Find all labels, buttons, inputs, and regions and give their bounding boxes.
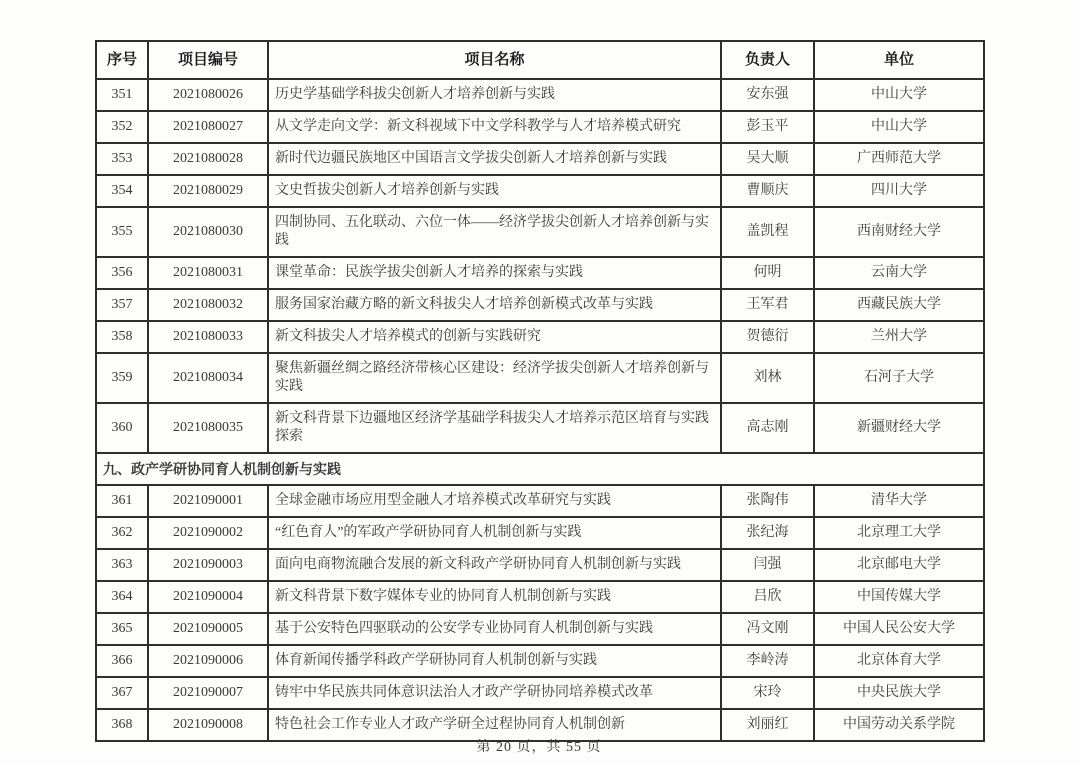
cell-project-title: 四制协同、五化联动、六位一体——经济学拔尖创新人才培养创新与实践 xyxy=(268,207,721,257)
cell-serial-number: 352 xyxy=(96,111,148,143)
cell-project-code: 2021090007 xyxy=(148,677,268,709)
cell-serial-number: 356 xyxy=(96,257,148,289)
cell-serial-number: 357 xyxy=(96,289,148,321)
page-number-footer: 第 20 页，共 55 页 xyxy=(95,736,983,756)
cell-leader: 盖凯程 xyxy=(721,207,814,257)
table-row: 355 2021080030 四制协同、五化联动、六位一体——经济学拔尖创新人才… xyxy=(96,207,984,257)
table-row: 361 2021090001 全球金融市场应用型金融人才培养模式改革研究与实践 … xyxy=(96,485,984,517)
cell-serial-number: 359 xyxy=(96,353,148,403)
cell-project-title: 面向电商物流融合发展的新文科政产学研协同育人机制创新与实践 xyxy=(268,549,721,581)
cell-project-code: 2021080035 xyxy=(148,403,268,453)
cell-leader: 曹顺庆 xyxy=(721,175,814,207)
cell-project-code: 2021080033 xyxy=(148,321,268,353)
cell-organization: 中山大学 xyxy=(814,111,984,143)
document-page: 序号 项目编号 项目名称 负责人 单位 351 2021080026 历史学基础… xyxy=(0,0,1080,764)
cell-leader: 冯文刚 xyxy=(721,613,814,645)
table-row: 356 2021080031 课堂革命：民族学拔尖创新人才培养的探索与实践 何明… xyxy=(96,257,984,289)
cell-leader: 闫强 xyxy=(721,549,814,581)
cell-organization: 云南大学 xyxy=(814,257,984,289)
cell-serial-number: 354 xyxy=(96,175,148,207)
col-header-serial-number: 序号 xyxy=(96,41,148,79)
cell-serial-number: 360 xyxy=(96,403,148,453)
cell-organization: 中央民族大学 xyxy=(814,677,984,709)
cell-leader: 吕欣 xyxy=(721,581,814,613)
cell-leader: 何明 xyxy=(721,257,814,289)
cell-leader: 彭玉平 xyxy=(721,111,814,143)
cell-organization: 北京邮电大学 xyxy=(814,549,984,581)
cell-organization: 西藏民族大学 xyxy=(814,289,984,321)
table-row: 351 2021080026 历史学基础学科拔尖创新人才培养创新与实践 安东强 … xyxy=(96,79,984,111)
cell-leader: 王军君 xyxy=(721,289,814,321)
table-row: 363 2021090003 面向电商物流融合发展的新文科政产学研协同育人机制创… xyxy=(96,549,984,581)
cell-leader: 安东强 xyxy=(721,79,814,111)
col-header-project-code: 项目编号 xyxy=(148,41,268,79)
cell-project-title: 从文学走向文学：新文科视域下中文学科教学与人才培养模式研究 xyxy=(268,111,721,143)
cell-project-title: 服务国家治藏方略的新文科拔尖人才培养创新模式改革与实践 xyxy=(268,289,721,321)
cell-project-title: 全球金融市场应用型金融人才培养模式改革研究与实践 xyxy=(268,485,721,517)
cell-project-title: 基于公安特色四驱联动的公安学专业协同育人机制创新与实践 xyxy=(268,613,721,645)
cell-project-title: 历史学基础学科拔尖创新人才培养创新与实践 xyxy=(268,79,721,111)
cell-project-code: 2021080031 xyxy=(148,257,268,289)
cell-leader: 张陶伟 xyxy=(721,485,814,517)
col-header-project-title: 项目名称 xyxy=(268,41,721,79)
cell-project-code: 2021080027 xyxy=(148,111,268,143)
cell-organization: 石河子大学 xyxy=(814,353,984,403)
cell-project-code: 2021090006 xyxy=(148,645,268,677)
cell-serial-number: 364 xyxy=(96,581,148,613)
section-header-label: 九、政产学研协同育人机制创新与实践 xyxy=(96,453,984,485)
section-header-row: 九、政产学研协同育人机制创新与实践 xyxy=(96,453,984,485)
cell-project-title: 课堂革命：民族学拔尖创新人才培养的探索与实践 xyxy=(268,257,721,289)
cell-organization: 中国人民公安大学 xyxy=(814,613,984,645)
table-row: 362 2021090002 “红色育人”的军政产学研协同育人机制创新与实践 张… xyxy=(96,517,984,549)
table-row: 359 2021080034 聚焦新疆丝绸之路经济带核心区建设：经济学拔尖创新人… xyxy=(96,353,984,403)
cell-serial-number: 363 xyxy=(96,549,148,581)
cell-project-title: 新文科拔尖人才培养模式的创新与实践研究 xyxy=(268,321,721,353)
table-row: 364 2021090004 新文科背景下数字媒体专业的协同育人机制创新与实践 … xyxy=(96,581,984,613)
cell-project-code: 2021090003 xyxy=(148,549,268,581)
cell-project-title: 铸牢中华民族共同体意识法治人才政产学研协同培养模式改革 xyxy=(268,677,721,709)
cell-organization: 清华大学 xyxy=(814,485,984,517)
col-header-organization: 单位 xyxy=(814,41,984,79)
cell-leader: 张纪海 xyxy=(721,517,814,549)
cell-project-title: 聚焦新疆丝绸之路经济带核心区建设：经济学拔尖创新人才培养创新与实践 xyxy=(268,353,721,403)
cell-project-code: 2021080032 xyxy=(148,289,268,321)
table-row: 354 2021080029 文史哲拔尖创新人才培养创新与实践 曹顺庆 四川大学 xyxy=(96,175,984,207)
cell-serial-number: 351 xyxy=(96,79,148,111)
table-row: 353 2021080028 新时代边疆民族地区中国语言文学拔尖创新人才培养创新… xyxy=(96,143,984,175)
cell-leader: 贺德衍 xyxy=(721,321,814,353)
cell-serial-number: 367 xyxy=(96,677,148,709)
table-header-row: 序号 项目编号 项目名称 负责人 单位 xyxy=(96,41,984,79)
cell-leader: 吴大顺 xyxy=(721,143,814,175)
table-row: 357 2021080032 服务国家治藏方略的新文科拔尖人才培养创新模式改革与… xyxy=(96,289,984,321)
cell-project-code: 2021090002 xyxy=(148,517,268,549)
cell-project-title: 文史哲拔尖创新人才培养创新与实践 xyxy=(268,175,721,207)
cell-project-code: 2021080030 xyxy=(148,207,268,257)
project-list-table: 序号 项目编号 项目名称 负责人 单位 351 2021080026 历史学基础… xyxy=(95,40,985,742)
cell-project-code: 2021090001 xyxy=(148,485,268,517)
table-row: 360 2021080035 新文科背景下边疆地区经济学基础学科拔尖人才培养示范… xyxy=(96,403,984,453)
cell-leader: 李岭涛 xyxy=(721,645,814,677)
cell-project-code: 2021080026 xyxy=(148,79,268,111)
cell-organization: 北京体育大学 xyxy=(814,645,984,677)
cell-serial-number: 353 xyxy=(96,143,148,175)
cell-project-title: 新时代边疆民族地区中国语言文学拔尖创新人才培养创新与实践 xyxy=(268,143,721,175)
cell-serial-number: 355 xyxy=(96,207,148,257)
cell-leader: 宋玲 xyxy=(721,677,814,709)
cell-project-code: 2021090005 xyxy=(148,613,268,645)
cell-serial-number: 365 xyxy=(96,613,148,645)
cell-serial-number: 366 xyxy=(96,645,148,677)
cell-leader: 高志刚 xyxy=(721,403,814,453)
cell-project-title: 新文科背景下数字媒体专业的协同育人机制创新与实践 xyxy=(268,581,721,613)
cell-organization: 广西师范大学 xyxy=(814,143,984,175)
cell-organization: 北京理工大学 xyxy=(814,517,984,549)
table-row: 366 2021090006 体育新闻传播学科政产学研协同育人机制创新与实践 李… xyxy=(96,645,984,677)
cell-project-code: 2021080028 xyxy=(148,143,268,175)
cell-organization: 兰州大学 xyxy=(814,321,984,353)
cell-organization: 四川大学 xyxy=(814,175,984,207)
cell-organization: 中国传媒大学 xyxy=(814,581,984,613)
cell-organization: 西南财经大学 xyxy=(814,207,984,257)
cell-serial-number: 358 xyxy=(96,321,148,353)
cell-serial-number: 361 xyxy=(96,485,148,517)
cell-project-code: 2021080029 xyxy=(148,175,268,207)
table-row: 358 2021080033 新文科拔尖人才培养模式的创新与实践研究 贺德衍 兰… xyxy=(96,321,984,353)
cell-project-code: 2021090004 xyxy=(148,581,268,613)
cell-serial-number: 362 xyxy=(96,517,148,549)
cell-project-title: 体育新闻传播学科政产学研协同育人机制创新与实践 xyxy=(268,645,721,677)
table-row: 352 2021080027 从文学走向文学：新文科视域下中文学科教学与人才培养… xyxy=(96,111,984,143)
table-row: 367 2021090007 铸牢中华民族共同体意识法治人才政产学研协同培养模式… xyxy=(96,677,984,709)
cell-project-code: 2021080034 xyxy=(148,353,268,403)
cell-project-title: 新文科背景下边疆地区经济学基础学科拔尖人才培养示范区培育与实践探索 xyxy=(268,403,721,453)
cell-leader: 刘林 xyxy=(721,353,814,403)
cell-organization: 新疆财经大学 xyxy=(814,403,984,453)
table-row: 365 2021090005 基于公安特色四驱联动的公安学专业协同育人机制创新与… xyxy=(96,613,984,645)
col-header-leader: 负责人 xyxy=(721,41,814,79)
cell-organization: 中山大学 xyxy=(814,79,984,111)
cell-project-title: “红色育人”的军政产学研协同育人机制创新与实践 xyxy=(268,517,721,549)
